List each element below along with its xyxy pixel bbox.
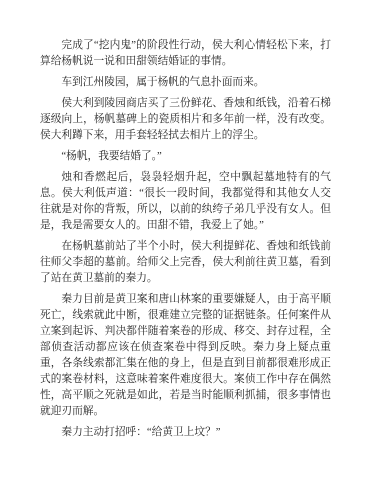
- paragraph: 烛和香燃起后，袅袅轻烟升起，空中飘起墓地特有的气息。侯大利低声道：“很长一段时间…: [40, 169, 331, 233]
- paragraph: 秦力目前是黄卫案和唐山林案的重要嫌疑人，由于高平顺死亡，线索就此中断，很难建立完…: [40, 291, 331, 419]
- paragraph: 秦力主动打招呼：“给黄卫上坟？”: [40, 424, 331, 440]
- paragraph: 侯大利到陵园商店买了三份鲜花、香烛和纸钱，沿着石梯逐级向上，杨帆墓碑上的瓷质相片…: [40, 95, 331, 143]
- paragraph: 车到江州陵园，属于杨帆的气息扑面而来。: [40, 74, 331, 90]
- book-page[interactable]: 完成了“挖内鬼”的阶段性行动，侯大利心情轻松下来，打算给杨帆说一说和田甜领结婚证…: [0, 0, 370, 480]
- paragraph: “杨帆，我要结婚了。”: [40, 148, 331, 164]
- paragraph: 在杨帆墓前站了半个小时，侯大利提鲜花、香烛和纸钱前往师父李超的墓前。给师父上完香…: [40, 238, 331, 286]
- paragraph: 完成了“挖内鬼”的阶段性行动，侯大利心情轻松下来，打算给杨帆说一说和田甜领结婚证…: [40, 37, 331, 69]
- page-content: 完成了“挖内鬼”的阶段性行动，侯大利心情轻松下来，打算给杨帆说一说和田甜领结婚证…: [40, 37, 331, 440]
